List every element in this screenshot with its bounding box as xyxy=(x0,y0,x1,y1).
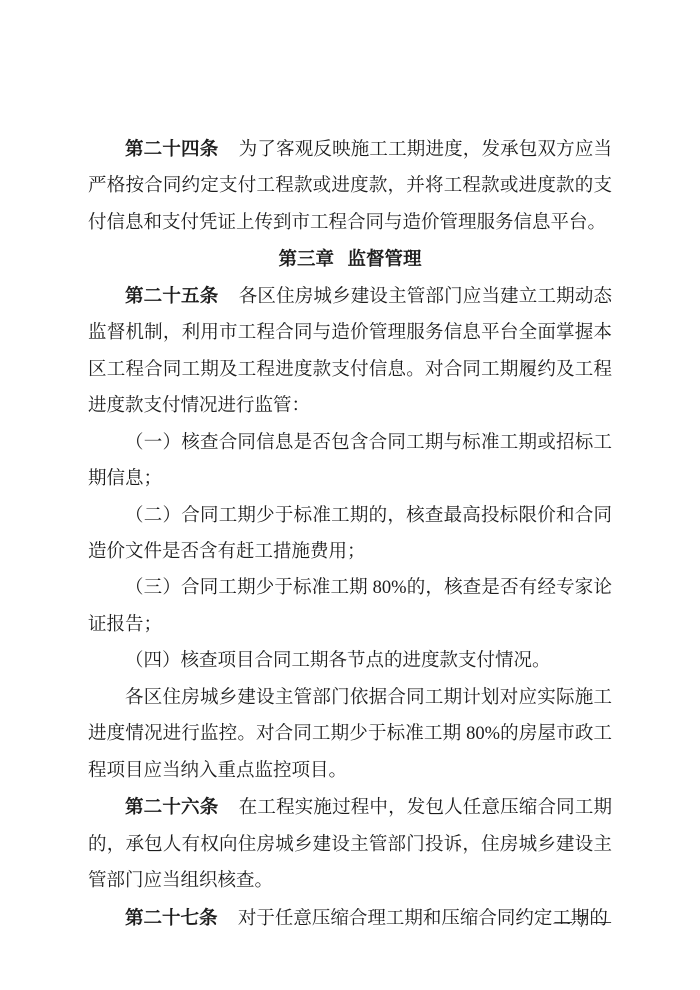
article-24-number: 第二十四条 xyxy=(125,138,218,159)
article-25-text: 各区住房城乡建设主管部门应当建立工期动态监督机制，利用市工程合同与造价管理服务信… xyxy=(88,287,612,416)
article-26-number: 第二十六条 xyxy=(125,796,218,817)
article-24-paragraph: 第二十四条为了客观反映施工工期进度，发承包双方应当严格按合同约定支付工程款或进度… xyxy=(88,131,612,241)
document-page: { "page": { "number_label": "— 7 —", "ba… xyxy=(0,0,700,990)
article-27-text: 对于任意压缩合理工期和压缩合同约定工期的 xyxy=(238,909,608,929)
page-content: 第二十四条为了客观反映施工工期进度，发承包双方应当严格按合同约定支付工程款或进度… xyxy=(88,131,612,937)
page-number: — 7 — xyxy=(555,911,613,932)
article-26-paragraph: 第二十六条在工程实施过程中，发包人任意压缩合同工期的，承包人有权向住房城乡建设主… xyxy=(88,789,612,899)
chapter-heading: 第三章 监督管理 xyxy=(88,241,612,277)
list-item-2-paragraph: （二）合同工期少于标准工期的，核查最高投标限价和合同造价文件是否含有赶工措施费用… xyxy=(88,498,612,571)
article-25-number: 第二十五条 xyxy=(125,285,218,306)
article-25-paragraph: 第二十五条各区住房城乡建设主管部门应当建立工期动态监督机制，利用市工程合同与造价… xyxy=(88,278,612,425)
body-paragraph-monitoring: 各区住房城乡建设主管部门依据合同工期计划对应实际施工进度情况进行监控。对合同工期… xyxy=(88,680,612,789)
article-27-number: 第二十七条 xyxy=(125,907,218,928)
article-27-paragraph: 第二十七条对于任意压缩合理工期和压缩合同约定工期的 xyxy=(88,900,612,937)
list-item-3-paragraph: （三）合同工期少于标准工期 80%的，核查是否有经专家论证报告； xyxy=(88,570,612,643)
list-item-4-paragraph: （四）核查项目合同工期各节点的进度款支付情况。 xyxy=(88,643,612,679)
list-item-1-paragraph: （一）核查合同信息是否包含合同工期与标准工期或招标工期信息； xyxy=(88,425,612,498)
